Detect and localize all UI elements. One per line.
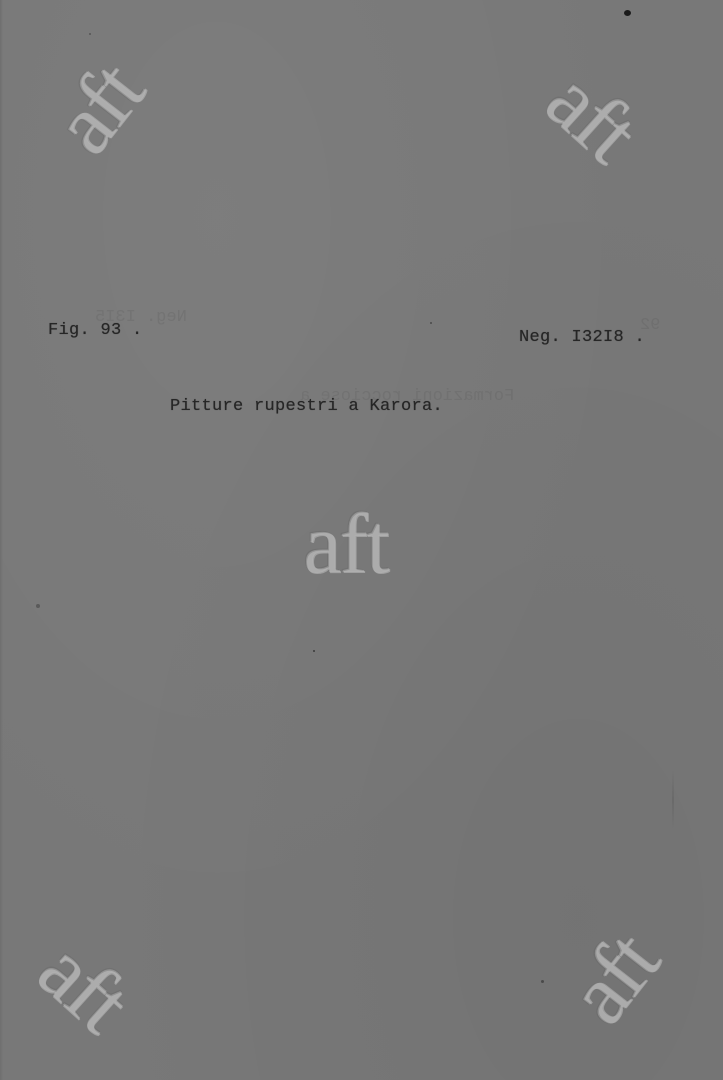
scanned-document-page: Neg. I3I5 Formazioni rocciose a 92 aft a… [0,0,723,1080]
watermark-bottom-left: aft [24,925,144,1046]
paper-scratch [672,770,674,830]
dust-speck [36,604,40,608]
watermark-top-right: aft [532,55,652,176]
dust-speck [624,10,631,16]
figure-number: Fig. 93 . [48,321,143,340]
dust-speck [541,980,544,983]
dust-speck [89,33,91,35]
dust-speck [313,650,315,652]
negative-number: Neg. I32I8 . [519,328,645,347]
figure-caption: Pitture rupestri a Karora. [170,397,443,416]
watermark-top-left: aft [37,48,157,168]
paper-edge [0,0,3,1080]
watermark-bottom-right: aft [552,918,672,1038]
watermark-center: aft [303,500,388,586]
dust-speck [430,322,432,324]
